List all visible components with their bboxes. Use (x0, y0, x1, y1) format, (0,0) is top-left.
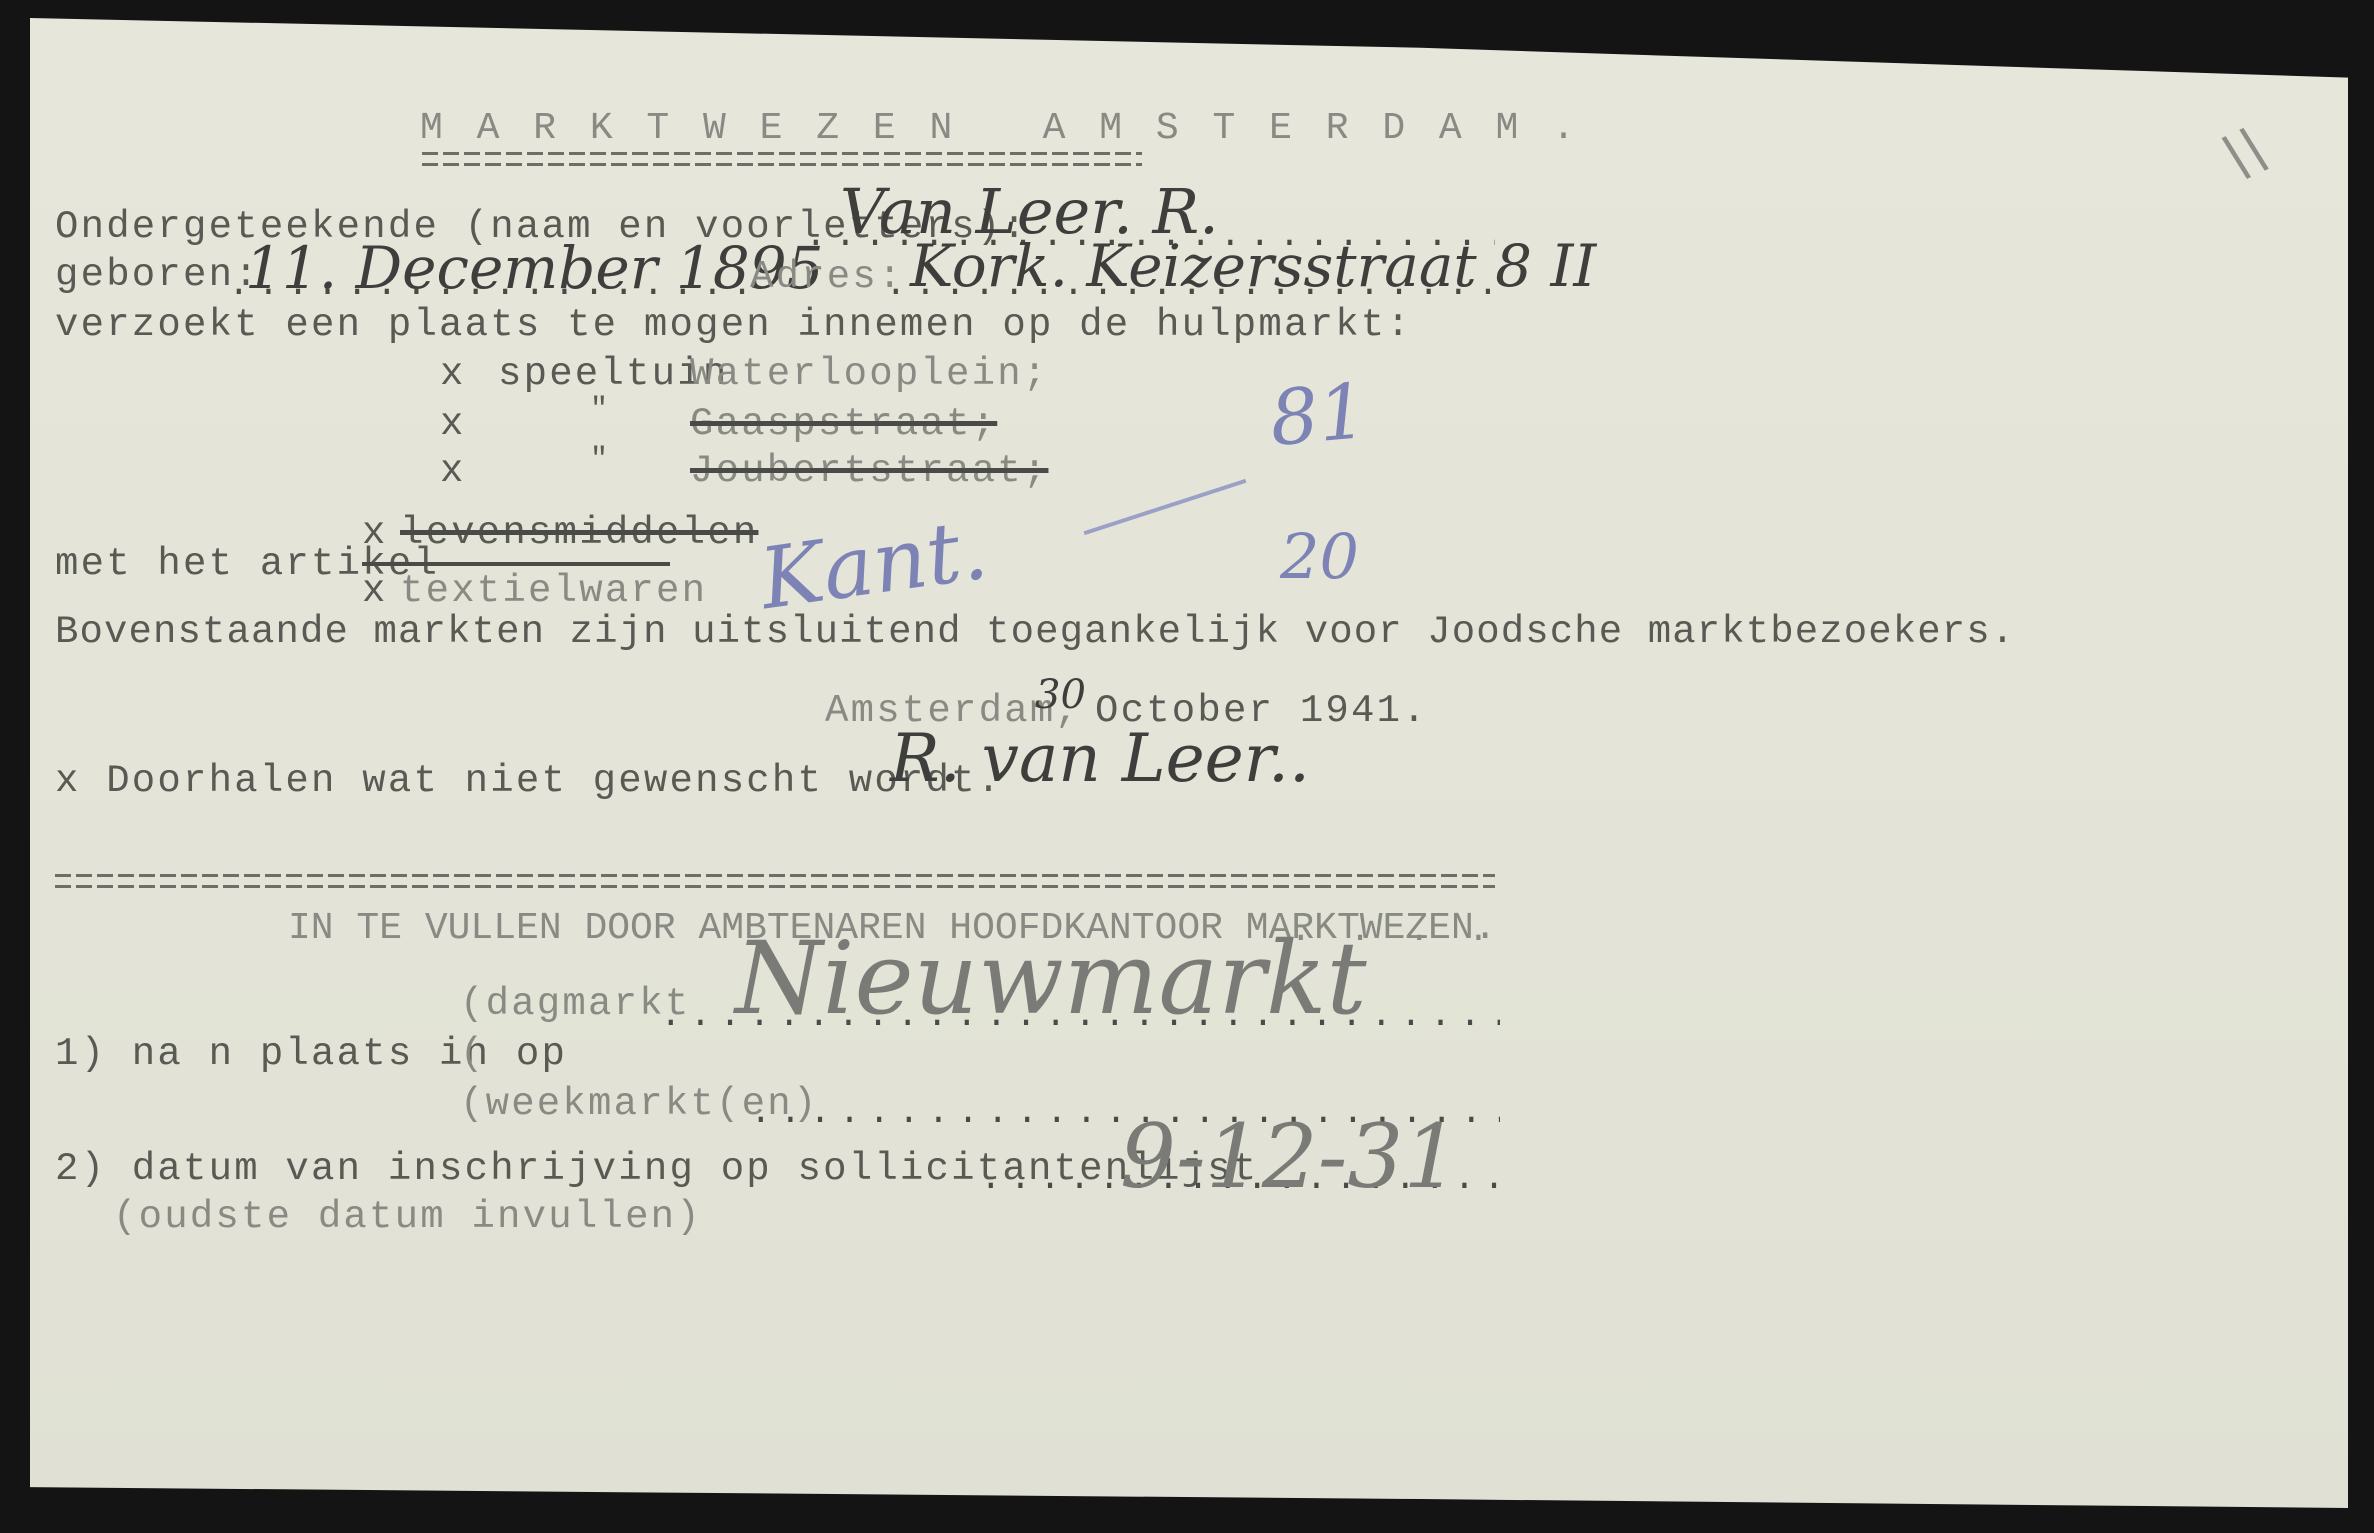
market-prefix-2: " (590, 395, 610, 425)
market-name-waterlooplein: Waterlooplein; (690, 355, 1048, 394)
footnote-text: x Doorhalen wat niet gewenscht wordt. (55, 762, 1002, 801)
item1-label: 1) na n plaats in op (55, 1035, 567, 1074)
day-market-value: Nieuwmarkt (735, 920, 1367, 1037)
market-prefix-3: " (590, 445, 610, 475)
notice-text: Bovenstaande markten zijn uitsluitend to… (55, 613, 2015, 652)
margin-note-top: 81 (1266, 366, 1370, 463)
article-levensmiddelen: levensmiddelen (400, 514, 758, 553)
article-marker-1: x (362, 514, 388, 553)
born-value: 11. December 1895 (245, 234, 824, 302)
article-marker-2: x (362, 572, 388, 611)
market-marker-1: x (440, 355, 466, 394)
market-name-joubertstraat: Joubertstraat; (690, 452, 1048, 491)
market-marker-3: x (440, 452, 466, 491)
margin-note-bottom: 20 (1280, 520, 1359, 593)
market-name-gaaspstraat: Gaaspstraat; (690, 405, 997, 444)
title-double-rule (422, 152, 1142, 166)
day-market-label: (dagmarkt (460, 985, 690, 1024)
date-day: 30 (1035, 672, 1086, 718)
article-textielwaren: textielwaren (400, 572, 707, 611)
applicant-signature: R. van Leer.. (890, 720, 1310, 797)
address-value: Kork. Keizersstraat 8 II (910, 232, 1596, 300)
item2-sub-label: (oudste datum invullen) (113, 1198, 702, 1237)
request-text: verzoekt een plaats te mogen innemen op … (55, 306, 1412, 345)
document-title: M A R K T W E Z E N A M S T E R D A M . (420, 110, 1580, 148)
article-fraction-line (362, 562, 670, 566)
address-label: Adres: (750, 258, 904, 297)
section-separator-rule (55, 874, 1495, 888)
item2-date-value: 9-12-31 (1120, 1105, 1459, 1208)
market-marker-2: x (440, 405, 466, 444)
item1-bracket: ( (460, 1035, 486, 1074)
